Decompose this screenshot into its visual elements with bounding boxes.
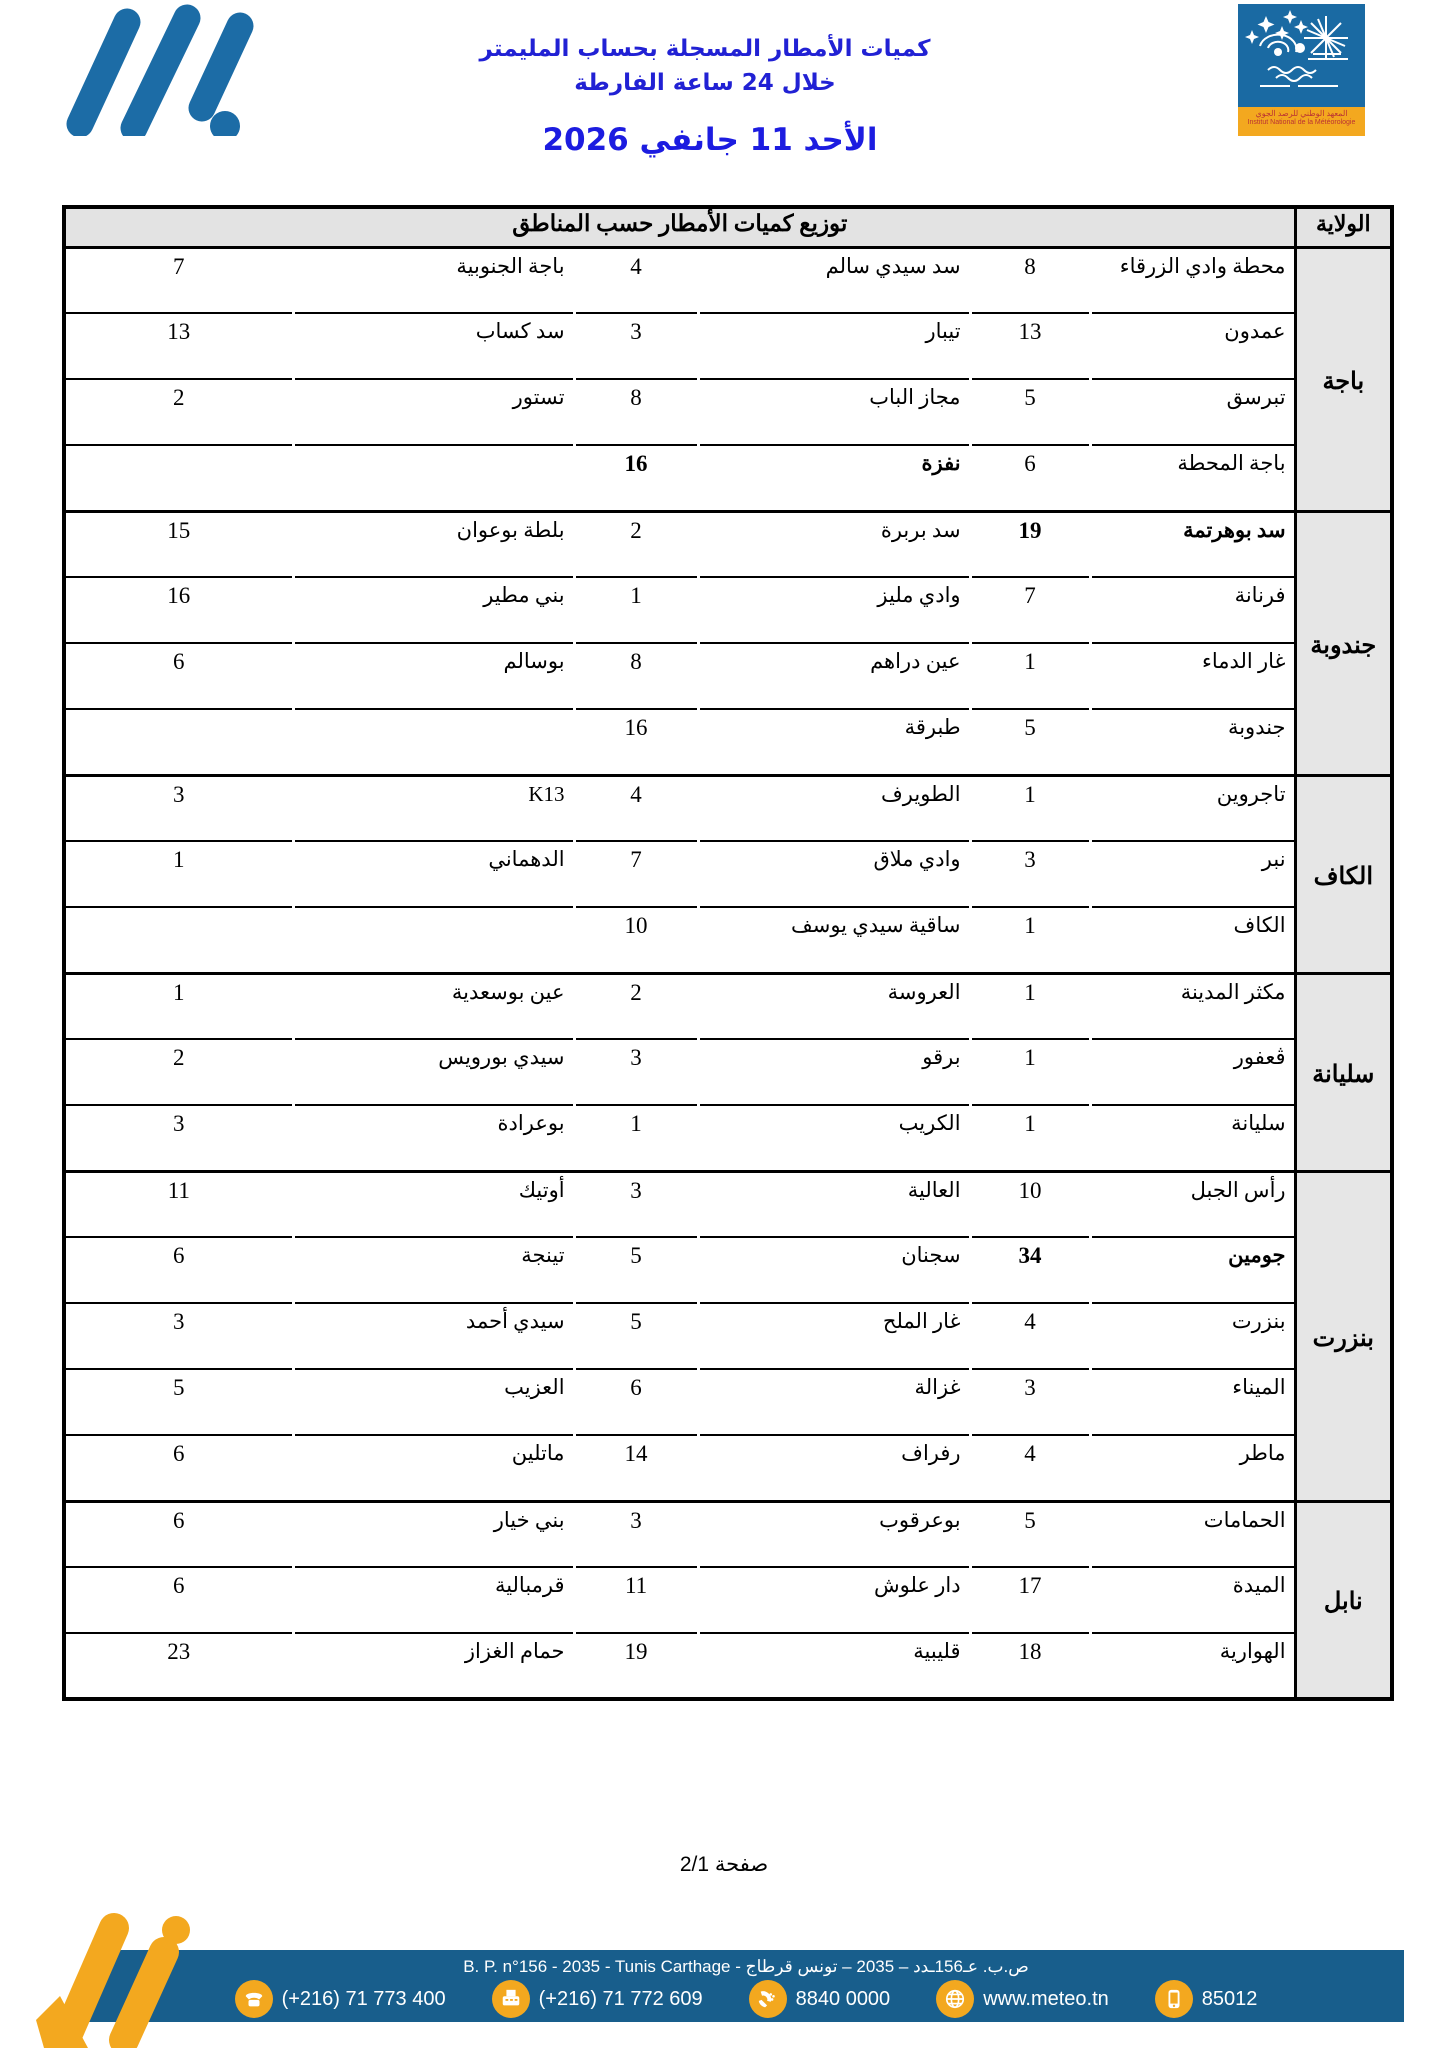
- table-row: باجة المحطة6نفزة16: [64, 445, 1392, 511]
- rain-value-cell: 1: [970, 643, 1090, 709]
- table-row: نبر3وادي ملاق7الدهماني1: [64, 841, 1392, 907]
- rain-value-cell: 5: [970, 1501, 1090, 1567]
- rain-value-cell: 10: [574, 907, 698, 973]
- station-name-cell: تاجروين: [1090, 775, 1295, 841]
- contact-fax: (+216) 71 772 609: [492, 1980, 703, 2018]
- station-name-cell: [293, 709, 574, 775]
- station-name-cell: وادي مليز: [698, 577, 970, 643]
- contact-phone-number: (+216) 71 773 400: [282, 1988, 446, 2011]
- table-row: نابلالحمامات5بوعرقوب3بني خيار6: [64, 1501, 1392, 1567]
- station-name-cell: سد بوهرتمة: [1090, 511, 1295, 577]
- rain-value-cell: 2: [64, 1039, 293, 1105]
- rain-value-cell: [64, 907, 293, 973]
- rain-value-cell: 2: [574, 511, 698, 577]
- governorate-cell: جندوبة: [1295, 511, 1392, 775]
- rain-value-cell: 19: [970, 511, 1090, 577]
- station-name-cell: مجاز الباب: [698, 379, 970, 445]
- rain-value-cell: 8: [574, 643, 698, 709]
- rain-value-cell: 1: [64, 973, 293, 1039]
- station-name-cell: قليبية: [698, 1633, 970, 1699]
- rain-value-cell: 11: [574, 1567, 698, 1633]
- station-name-cell: فرنانة: [1090, 577, 1295, 643]
- station-name-cell: [293, 445, 574, 511]
- station-name-cell: عين بوسعدية: [293, 973, 574, 1039]
- rain-value-cell: 16: [574, 445, 698, 511]
- station-name-cell: الكريب: [698, 1105, 970, 1171]
- rain-value-cell: 13: [970, 313, 1090, 379]
- station-name-cell: الكاف: [1090, 907, 1295, 973]
- station-name-cell: سد سيدي سالم: [698, 247, 970, 313]
- phone-icon: [235, 1980, 273, 2018]
- station-name-cell: الطويرف: [698, 775, 970, 841]
- station-name-cell: طبرقة: [698, 709, 970, 775]
- rain-value-cell: 1: [970, 973, 1090, 1039]
- governorate-cell: باجة: [1295, 247, 1392, 511]
- table-row: الميناء3غزالة6العزيب5: [64, 1369, 1392, 1435]
- footer-band: ص.ب. عـ156ـدد – 2035 – تونس قرطاج - B. P…: [88, 1950, 1404, 2022]
- table-row: فرنانة7وادي مليز1بني مطير16: [64, 577, 1392, 643]
- rain-value-cell: 2: [574, 973, 698, 1039]
- station-name-cell: مكثر المدينة: [1090, 973, 1295, 1039]
- rain-value-cell: 1: [970, 1105, 1090, 1171]
- contact-website: www.meteo.tn: [936, 1980, 1109, 2018]
- rain-value-cell: 13: [64, 313, 293, 379]
- rain-value-cell: 4: [970, 1435, 1090, 1501]
- station-name-cell: سيدي أحمد: [293, 1303, 574, 1369]
- station-name-cell: عين دراهم: [698, 643, 970, 709]
- station-name-cell: تستور: [293, 379, 574, 445]
- station-name-cell: بني مطير: [293, 577, 574, 643]
- table-row: الهوارية18قليبية19حمام الغزاز23: [64, 1633, 1392, 1699]
- rain-value-cell: 4: [574, 247, 698, 313]
- rain-value-cell: 15: [64, 511, 293, 577]
- rain-value-cell: 10: [970, 1171, 1090, 1237]
- station-name-cell: باجة الجنوبية: [293, 247, 574, 313]
- address-line: ص.ب. عـ156ـدد – 2035 – تونس قرطاج - B. P…: [88, 1950, 1404, 1977]
- station-name-cell: تينجة: [293, 1237, 574, 1303]
- station-name-cell: العالية: [698, 1171, 970, 1237]
- report-title: كميات الأمطار المسجلة بحساب المليمتر خلا…: [0, 32, 1410, 100]
- table-row: باجةمحطة وادي الزرقاء8سد سيدي سالم4باجة …: [64, 247, 1392, 313]
- callcenter-icon: [749, 1980, 787, 2018]
- rain-value-cell: 3: [970, 1369, 1090, 1435]
- table-row: بنزرت4غار الملح5سيدي أحمد3: [64, 1303, 1392, 1369]
- station-name-cell: بني خيار: [293, 1501, 574, 1567]
- mobile-icon: [1155, 1980, 1193, 2018]
- rain-value-cell: 3: [574, 1039, 698, 1105]
- table-row: الكاف1ساقية سيدي يوسف10: [64, 907, 1392, 973]
- contact-callcenter-number: 8840 0000: [796, 1988, 891, 2011]
- rain-value-cell: 16: [64, 577, 293, 643]
- table-header-row: الولاية توزيع كميات الأمطار حسب المناطق: [64, 207, 1392, 247]
- station-name-cell: وادي ملاق: [698, 841, 970, 907]
- inm-logo: المعهد الوطني للرصد الجوي Institut Natio…: [1238, 4, 1365, 136]
- station-name-cell: بنزرت: [1090, 1303, 1295, 1369]
- station-name-cell: سليانة: [1090, 1105, 1295, 1171]
- inm-logo-weather-icon: [1238, 4, 1365, 107]
- station-name-cell: نبر: [1090, 841, 1295, 907]
- rain-value-cell: 7: [970, 577, 1090, 643]
- rain-value-cell: 5: [574, 1237, 698, 1303]
- rain-value-cell: 3: [64, 1303, 293, 1369]
- rain-value-cell: 1: [970, 775, 1090, 841]
- station-name-cell: ڨعفور: [1090, 1039, 1295, 1105]
- footer-streaks-icon: [36, 1900, 226, 2048]
- rain-value-cell: 3: [970, 841, 1090, 907]
- rainfall-table: الولاية توزيع كميات الأمطار حسب المناطق …: [62, 205, 1394, 1701]
- station-name-cell: الميدة: [1090, 1567, 1295, 1633]
- fax-icon: [492, 1980, 530, 2018]
- table-row: غار الدماء1عين دراهم8بوسالم6: [64, 643, 1392, 709]
- rain-value-cell: 16: [574, 709, 698, 775]
- rain-value-cell: 2: [64, 379, 293, 445]
- rain-value-cell: 11: [64, 1171, 293, 1237]
- governorate-column-header: الولاية: [1295, 207, 1392, 247]
- station-name-cell: بوسالم: [293, 643, 574, 709]
- rain-value-cell: 3: [64, 1105, 293, 1171]
- rain-value-cell: [64, 445, 293, 511]
- station-name-cell: ماتلين: [293, 1435, 574, 1501]
- station-name-cell: العزيب: [293, 1369, 574, 1435]
- page-number: صفحة 2/1: [0, 1852, 1448, 1877]
- inm-logo-name-arabic: المعهد الوطني للرصد الجوي: [1238, 110, 1365, 119]
- contact-sms-number: 85012: [1202, 1988, 1258, 2011]
- document-page: كميات الأمطار المسجلة بحساب المليمتر خلا…: [0, 0, 1448, 2048]
- rain-value-cell: 18: [970, 1633, 1090, 1699]
- rain-value-cell: 1: [64, 841, 293, 907]
- globe-icon: [936, 1980, 974, 2018]
- rain-value-cell: 7: [64, 247, 293, 313]
- station-name-cell: غزالة: [698, 1369, 970, 1435]
- rain-value-cell: 5: [574, 1303, 698, 1369]
- station-name-cell: قرمبالية: [293, 1567, 574, 1633]
- station-name-cell: ماطر: [1090, 1435, 1295, 1501]
- table-row: ڨعفور1برقو3سيدي بورويس2: [64, 1039, 1392, 1105]
- station-name-cell: برقو: [698, 1039, 970, 1105]
- station-name-cell: الهوارية: [1090, 1633, 1295, 1699]
- rain-value-cell: 23: [64, 1633, 293, 1699]
- station-name-cell: الميناء: [1090, 1369, 1295, 1435]
- station-name-cell: تبرسق: [1090, 379, 1295, 445]
- rain-value-cell: 4: [574, 775, 698, 841]
- rain-value-cell: 3: [574, 313, 698, 379]
- governorate-cell: بنزرت: [1295, 1171, 1392, 1501]
- station-name-cell: حمام الغزاز: [293, 1633, 574, 1699]
- table-title-cell: توزيع كميات الأمطار حسب المناطق: [64, 207, 1295, 247]
- station-name-cell: عمدون: [1090, 313, 1295, 379]
- rain-value-cell: 14: [574, 1435, 698, 1501]
- rain-value-cell: 3: [64, 775, 293, 841]
- rain-value-cell: 6: [64, 1237, 293, 1303]
- rain-value-cell: [64, 709, 293, 775]
- rain-value-cell: 34: [970, 1237, 1090, 1303]
- table-row: جندوبةسد بوهرتمة19سد بربرة2بلطة بوعوان15: [64, 511, 1392, 577]
- rain-value-cell: 6: [64, 1435, 293, 1501]
- table-row: الكافتاجروين1الطويرف4K133: [64, 775, 1392, 841]
- rain-value-cell: 1: [574, 577, 698, 643]
- station-name-cell: سجنان: [698, 1237, 970, 1303]
- station-name-cell: غار الملح: [698, 1303, 970, 1369]
- report-title-line2: خلال 24 ساعة الفارطة: [0, 66, 1410, 100]
- rain-value-cell: 6: [574, 1369, 698, 1435]
- table-row: تبرسق5مجاز الباب8تستور2: [64, 379, 1392, 445]
- station-name-cell: تيبار: [698, 313, 970, 379]
- rain-value-cell: 8: [970, 247, 1090, 313]
- governorate-cell: سليانة: [1295, 973, 1392, 1171]
- rain-value-cell: 3: [574, 1171, 698, 1237]
- table-row: بنزرترأس الجبل10العالية3أوتيك11: [64, 1171, 1392, 1237]
- station-name-cell: سد كساب: [293, 313, 574, 379]
- contact-fax-number: (+216) 71 772 609: [539, 1988, 703, 2011]
- table-row: جندوبة5طبرقة16: [64, 709, 1392, 775]
- station-name-cell: باجة المحطة: [1090, 445, 1295, 511]
- inm-logo-band: المعهد الوطني للرصد الجوي Institut Natio…: [1238, 107, 1365, 136]
- rain-value-cell: 5: [970, 379, 1090, 445]
- station-name-cell: سيدي بورويس: [293, 1039, 574, 1105]
- report-title-line1: كميات الأمطار المسجلة بحساب المليمتر: [0, 32, 1410, 66]
- rain-value-cell: 19: [574, 1633, 698, 1699]
- station-name-cell: نفزة: [698, 445, 970, 511]
- station-name-cell: غار الدماء: [1090, 643, 1295, 709]
- rain-value-cell: 6: [64, 643, 293, 709]
- rain-value-cell: 6: [64, 1501, 293, 1567]
- rain-value-cell: 17: [970, 1567, 1090, 1633]
- inm-logo-name-french: Institut National de la Météorologie: [1238, 119, 1365, 127]
- rain-value-cell: 6: [64, 1567, 293, 1633]
- table-row: جومين34سجنان5تينجة6: [64, 1237, 1392, 1303]
- table-row: عمدون13تيبار3سد كساب13: [64, 313, 1392, 379]
- station-name-cell: الدهماني: [293, 841, 574, 907]
- station-name-cell: رفراف: [698, 1435, 970, 1501]
- station-name-cell: K13: [293, 775, 574, 841]
- rain-value-cell: 5: [970, 709, 1090, 775]
- contact-website-url: www.meteo.tn: [983, 1988, 1109, 2011]
- contact-phone: (+216) 71 773 400: [235, 1980, 446, 2018]
- station-name-cell: بوعرادة: [293, 1105, 574, 1171]
- rain-value-cell: 1: [574, 1105, 698, 1171]
- table-row: ماطر4رفراف14ماتلين6: [64, 1435, 1392, 1501]
- station-name-cell: جومين: [1090, 1237, 1295, 1303]
- table-row: الميدة17دار علوش11قرمبالية6: [64, 1567, 1392, 1633]
- station-name-cell: رأس الجبل: [1090, 1171, 1295, 1237]
- contact-callcenter: 8840 0000: [749, 1980, 891, 2018]
- station-name-cell: محطة وادي الزرقاء: [1090, 247, 1295, 313]
- rain-value-cell: 6: [970, 445, 1090, 511]
- rain-value-cell: 1: [970, 907, 1090, 973]
- station-name-cell: جندوبة: [1090, 709, 1295, 775]
- contact-sms: 85012: [1155, 1980, 1258, 2018]
- station-name-cell: بوعرقوب: [698, 1501, 970, 1567]
- station-name-cell: سد بربرة: [698, 511, 970, 577]
- rain-value-cell: 4: [970, 1303, 1090, 1369]
- station-name-cell: دار علوش: [698, 1567, 970, 1633]
- station-name-cell: ساقية سيدي يوسف: [698, 907, 970, 973]
- rain-value-cell: 3: [574, 1501, 698, 1567]
- contact-row: (+216) 71 773 400 (+216) 71 772 609 8840…: [88, 1980, 1404, 2018]
- report-date: الأحد 11 جانفي 2026: [0, 122, 1420, 158]
- governorate-cell: نابل: [1295, 1501, 1392, 1699]
- table-row: سليانة1الكريب1بوعرادة3: [64, 1105, 1392, 1171]
- station-name-cell: [293, 907, 574, 973]
- rain-value-cell: 8: [574, 379, 698, 445]
- station-name-cell: أوتيك: [293, 1171, 574, 1237]
- rain-table-body: باجةمحطة وادي الزرقاء8سد سيدي سالم4باجة …: [64, 247, 1392, 1699]
- station-name-cell: بلطة بوعوان: [293, 511, 574, 577]
- station-name-cell: العروسة: [698, 973, 970, 1039]
- table-row: سليانةمكثر المدينة1العروسة2عين بوسعدية1: [64, 973, 1392, 1039]
- rain-value-cell: 7: [574, 841, 698, 907]
- rain-value-cell: 5: [64, 1369, 293, 1435]
- rain-value-cell: 1: [970, 1039, 1090, 1105]
- station-name-cell: الحمامات: [1090, 1501, 1295, 1567]
- governorate-cell: الكاف: [1295, 775, 1392, 973]
